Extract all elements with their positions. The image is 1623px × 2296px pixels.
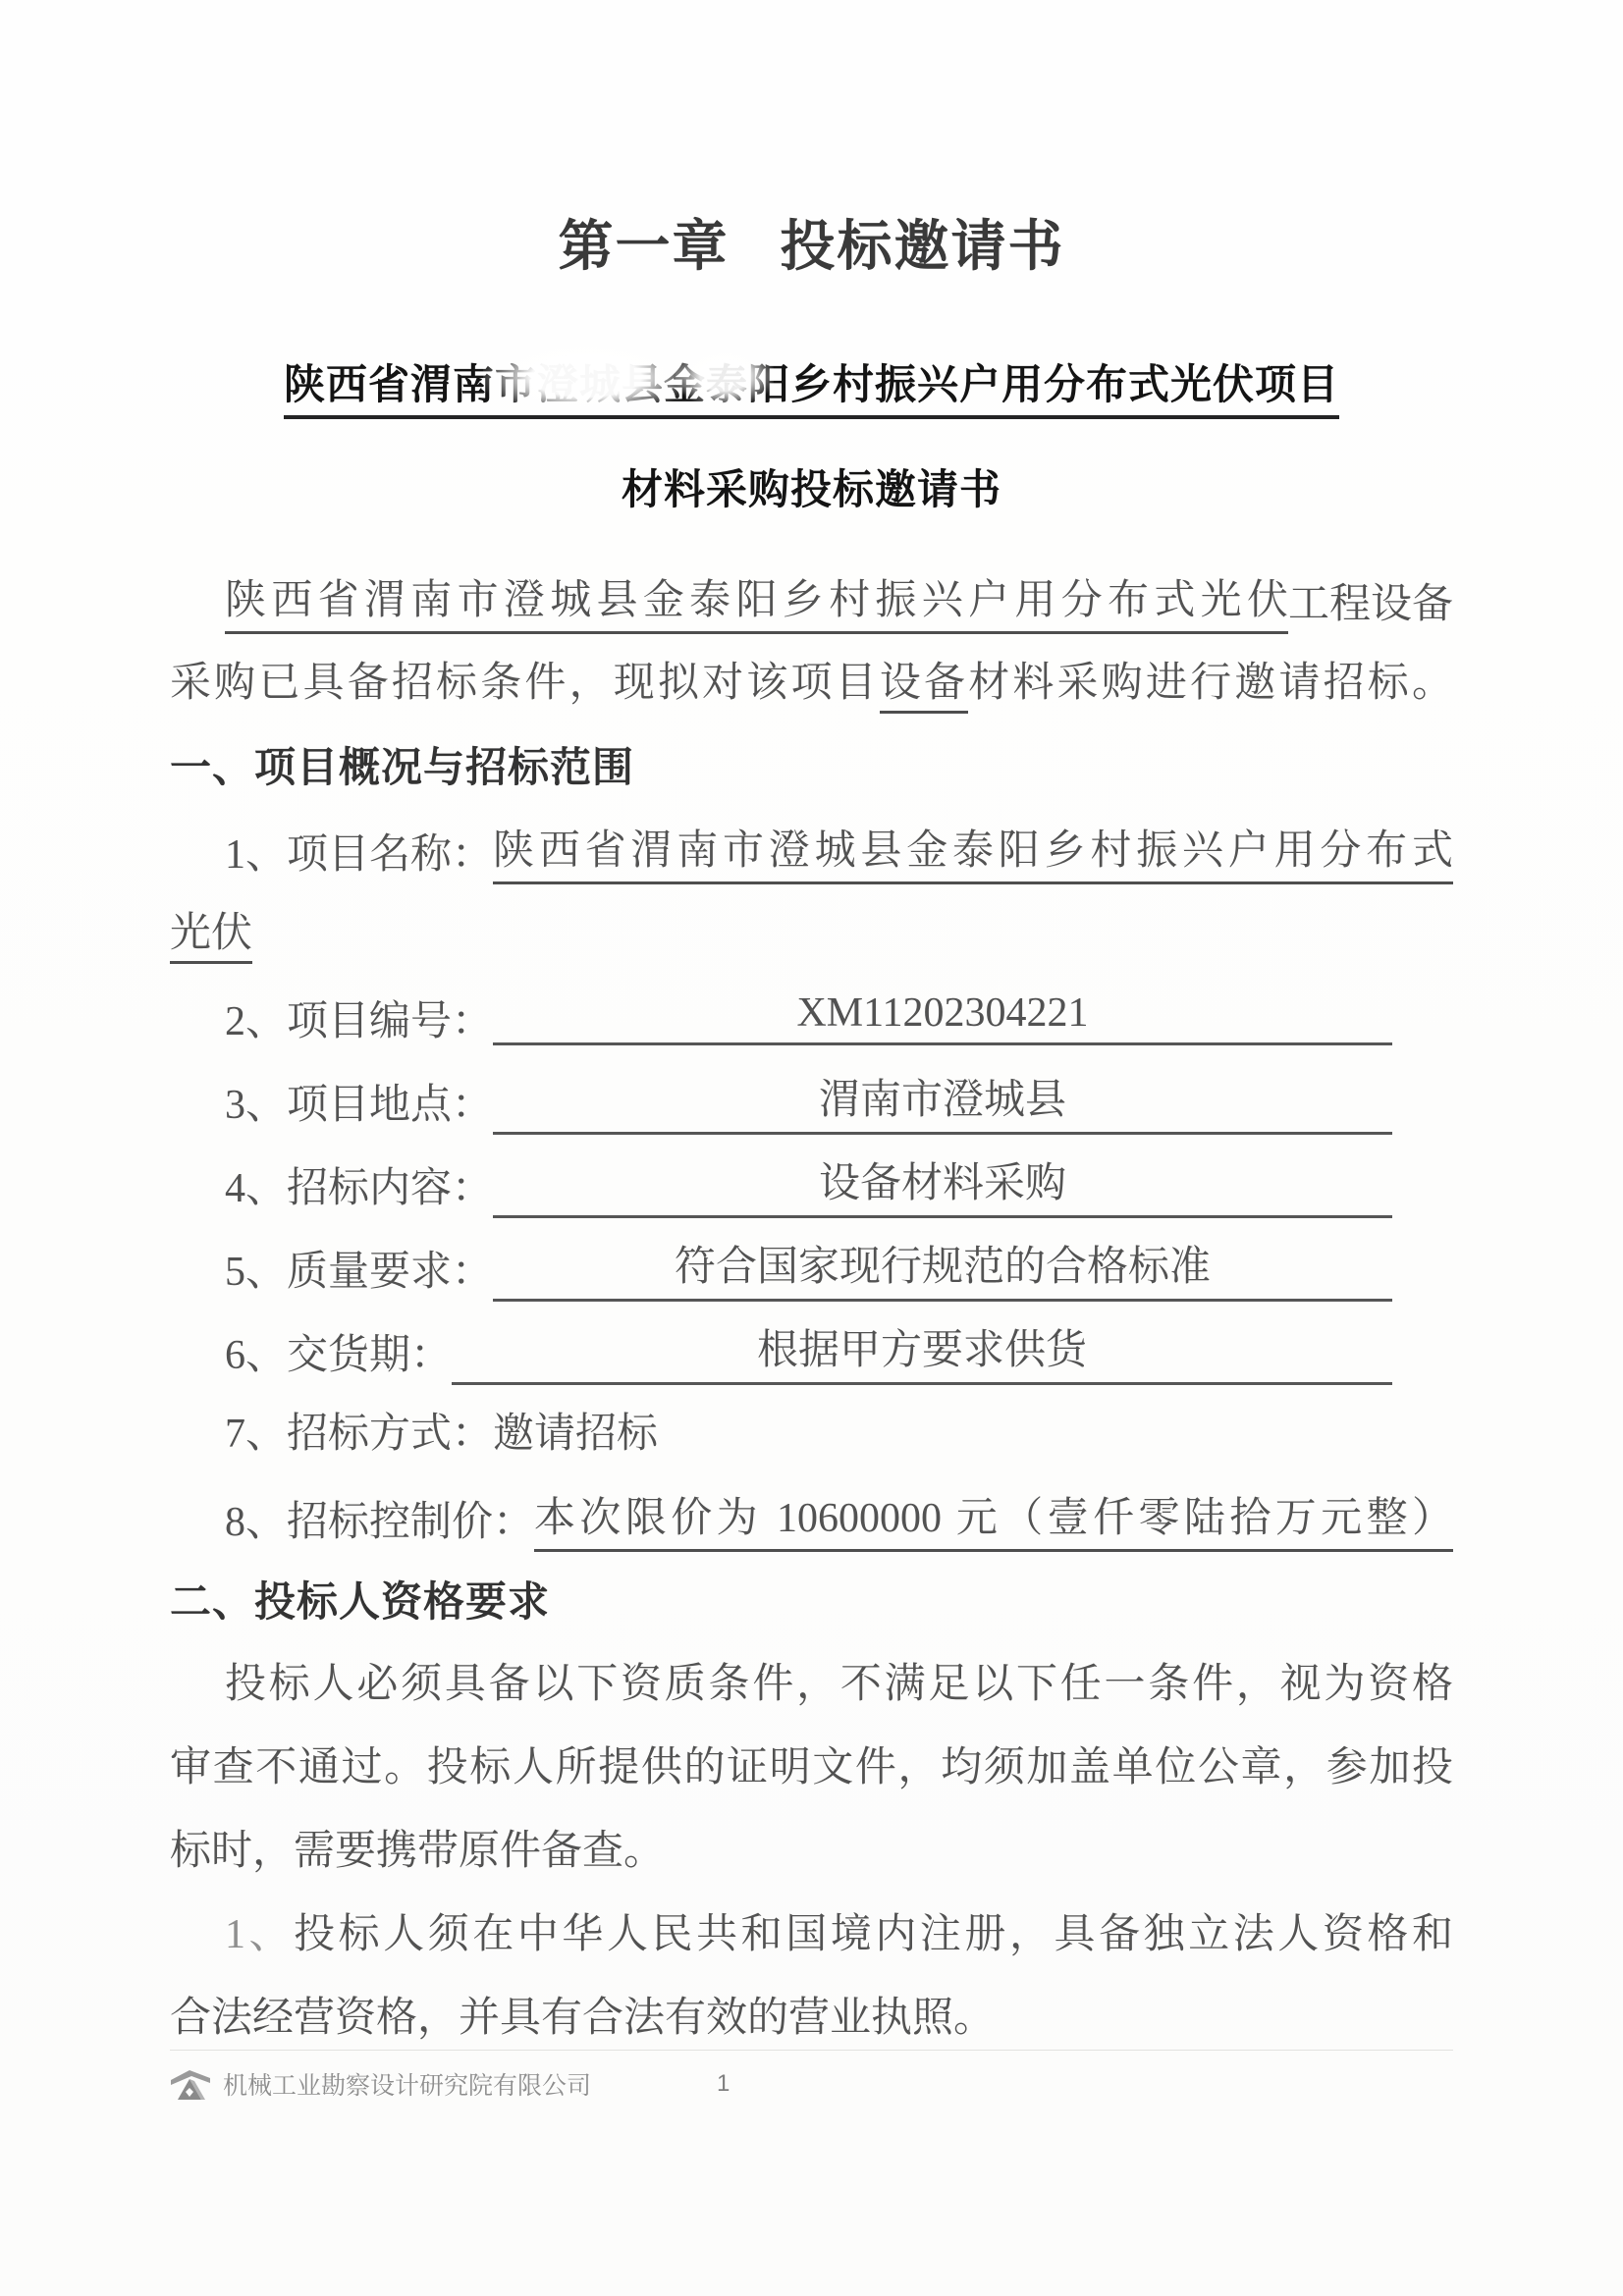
document-subtitle-text: 材料采购投标邀请书 — [622, 466, 1001, 512]
item4-label: 4、招标内容： — [225, 1155, 493, 1214]
item7-value: 邀请招标 — [493, 1412, 658, 1457]
footer-company-name: 机械工业勘察设计研究院有限公司 — [223, 2066, 591, 2102]
item5-quality-requirement: 5、质量要求：符合国家现行规范的合格标准 — [170, 1226, 1453, 1309]
item6-value: 根据甲方要求供货 — [452, 1317, 1392, 1385]
intro-line2-underlined: 设备 — [880, 661, 968, 714]
qualification-para-line1: 投标人必须具备以下资质条件，不满足以下任一条件，视为资格 — [170, 1643, 1453, 1727]
section1-heading: 一、项目概况与招标范围 — [170, 725, 1453, 809]
company-logo-icon — [170, 2064, 211, 2104]
qualification-item1-number: 1、 — [225, 1912, 294, 1957]
intro-line2-before: 采购已具备招标条件，现拟对该项目 — [170, 661, 880, 706]
item1-project-name-line1: 1、项目名称：陕西省渭南市澄城县金泰阳乡村振兴户用分布式 — [170, 809, 1453, 892]
item1-value-line1: 陕西省渭南市澄城县金泰阳乡村振兴户用分布式 — [493, 818, 1453, 884]
section2-heading: 二、投标人资格要求 — [170, 1560, 1453, 1643]
intro-line-1: 陕西省渭南市澄城县金泰阳乡村振兴户用分布式光伏工程设备 — [170, 559, 1453, 642]
item3-value: 渭南市澄城县 — [493, 1067, 1392, 1135]
item4-value: 设备材料采购 — [493, 1150, 1392, 1218]
intro-line1-rest: 工程设备 — [1288, 571, 1453, 630]
item1-value-line2: 光伏 — [170, 911, 252, 964]
item7-bid-method: 7、招标方式：邀请招标 — [170, 1393, 1453, 1476]
item7-label: 7、招标方式： — [225, 1412, 493, 1457]
item2-label: 2、项目编号： — [225, 988, 493, 1047]
item5-value: 符合国家现行规范的合格标准 — [493, 1234, 1392, 1302]
item1-label: 1、项目名称： — [225, 822, 493, 881]
document-subtitle: 材料采购投标邀请书 — [170, 466, 1453, 513]
item6-delivery-period: 6、交货期：根据甲方要求供货 — [170, 1309, 1453, 1393]
item8-value: 本次限价为 10600000 元（壹仟零陆拾万元整） — [534, 1485, 1453, 1552]
item5-label: 5、质量要求： — [225, 1239, 493, 1298]
item6-label: 6、交货期： — [225, 1322, 452, 1381]
qualification-para-line3: 标时，需要携带原件备查。 — [170, 1810, 1453, 1894]
item2-value: XM11202304221 — [493, 989, 1392, 1045]
page-title: 第一章投标邀请书 — [170, 218, 1453, 279]
item3-project-location: 3、项目地点：渭南市澄城县 — [170, 1059, 1453, 1143]
scanned-document-page: 第一章投标邀请书 陕西省渭南市澄城县金泰阳乡村振兴户用分布式光伏项目 材料采购投… — [0, 0, 1623, 2296]
intro-line2-after: 材料采购进行邀请招标。 — [968, 661, 1453, 706]
item4-bid-content: 4、招标内容：设备材料采购 — [170, 1143, 1453, 1226]
qualification-item1-text: 投标人须在中华人民共和国境内注册，具备独立法人资格和 — [294, 1912, 1453, 1957]
chapter-title-text: 投标邀请书 — [781, 217, 1065, 278]
item3-label: 3、项目地点： — [225, 1072, 493, 1131]
intro-line-2: 采购已具备招标条件，现拟对该项目设备材料采购进行邀请招标。 — [170, 642, 1453, 725]
item1-project-name-line2: 光伏 — [170, 892, 1453, 976]
chapter-label: 第一章 — [559, 217, 730, 278]
intro-line1-underlined: 陕西省渭南市澄城县金泰阳乡村振兴户用分布式光伏 — [225, 567, 1288, 634]
item2-project-number: 2、项目编号：XM11202304221 — [170, 976, 1453, 1059]
item8-label: 8、招标控制价： — [225, 1489, 534, 1548]
project-subtitle: 陕西省渭南市澄城县金泰阳乡村振兴户用分布式光伏项目 — [170, 361, 1453, 419]
document-body: 陕西省渭南市澄城县金泰阳乡村振兴户用分布式光伏工程设备 采购已具备招标条件，现拟… — [170, 559, 1453, 2060]
qualification-item1-line2: 合法经营资格，并具有合法有效的营业执照。 — [170, 1977, 1453, 2060]
page-number: 1 — [717, 2070, 730, 2098]
page-footer: 机械工业勘察设计研究院有限公司 1 — [170, 2050, 1453, 2104]
qualification-item1-line1: 1、投标人须在中华人民共和国境内注册，具备独立法人资格和 — [170, 1894, 1453, 1977]
project-subtitle-text: 陕西省渭南市澄城县金泰阳乡村振兴户用分布式光伏项目 — [284, 361, 1339, 419]
qualification-para-line2: 审查不通过。投标人所提供的证明文件，均须加盖单位公章，参加投 — [170, 1727, 1453, 1810]
item8-bid-control-price: 8、招标控制价：本次限价为 10600000 元（壹仟零陆拾万元整） — [170, 1476, 1453, 1560]
